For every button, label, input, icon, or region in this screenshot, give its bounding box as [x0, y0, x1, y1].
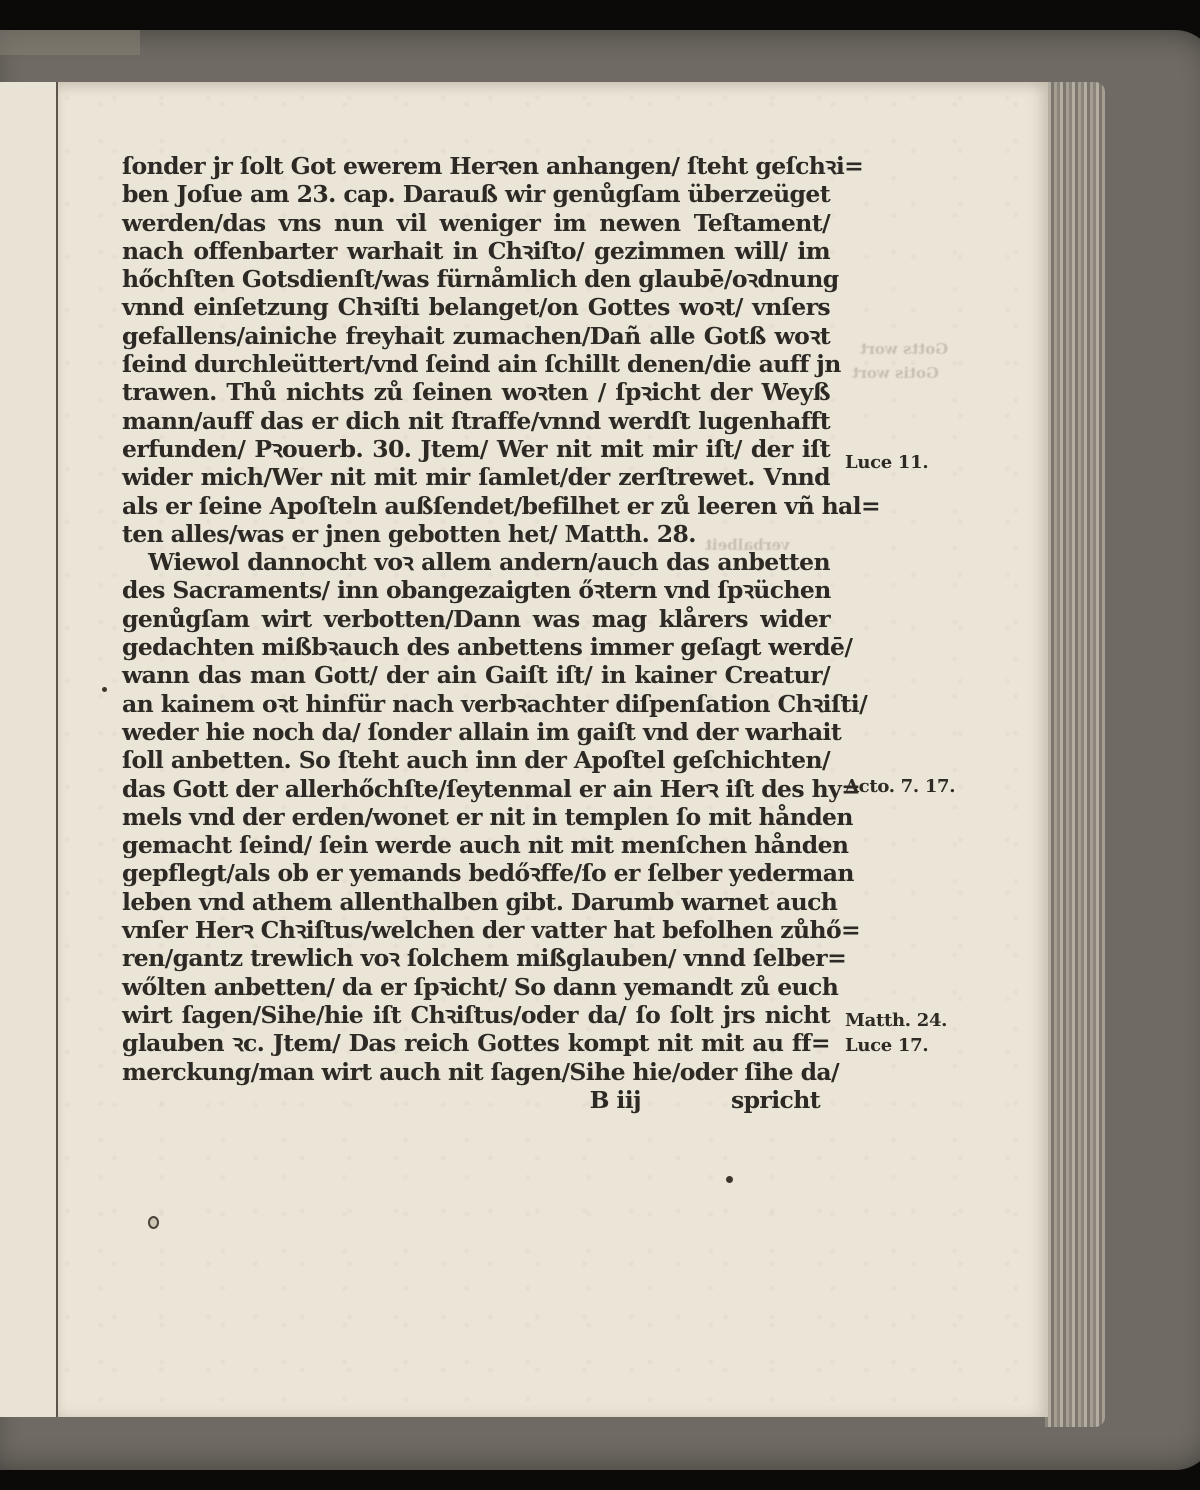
- text-line: wider mich/Wer nit mit mir ſamlet/der ze…: [122, 463, 830, 491]
- text-line: gepflegt/als ob er yemands bedőꝛffe/ſo e…: [122, 859, 830, 887]
- text-line: hőchſten Gotsdienſt/was fürnåmlich den g…: [122, 265, 830, 293]
- page-fore-edge: [1045, 82, 1105, 1427]
- text-line: erfunden/ Pꝛouerb. 30. Jtem/ Wer nit mit…: [122, 435, 830, 463]
- text-line: nach offenbarter warhait in Chꝛiſto/ gez…: [122, 237, 830, 265]
- ink-spot: [726, 1176, 733, 1183]
- marginal-note-acto: Acto. 7. 17.: [845, 776, 955, 797]
- page-footer: B iij spricht: [122, 1086, 830, 1114]
- paper-blemish: [148, 1216, 159, 1229]
- text-line: wőlten anbetten/ da er ſpꝛicht/ So dann …: [122, 973, 830, 1001]
- catchword: spricht: [731, 1086, 820, 1114]
- text-line: ſoll anbetten. So ſteht auch inn der Apo…: [122, 746, 830, 774]
- text-line: ren/gantz trewlich voꝛ ſolchem mißglaube…: [122, 944, 830, 972]
- facing-page-edge: [0, 82, 58, 1417]
- marginal-note-luce-17: Luce 17.: [845, 1035, 928, 1056]
- text-line: glauben ꝛc. Jtem/ Das reich Gottes kompt…: [122, 1029, 830, 1057]
- text-line: ſeind durchleüttert/vnd ſeind ain ſchill…: [122, 350, 830, 378]
- text-line: genůgſam wirt verbotten/Dann was mag klå…: [122, 605, 830, 633]
- body-text: ſonder jr ſolt Got ewerem Herꝛen anhange…: [122, 152, 830, 1114]
- cover-wear: [0, 30, 140, 55]
- marginal-note-matth-24: Matth. 24.: [845, 1010, 947, 1031]
- text-line: wirt ſagen/Sihe/hie iſt Chꝛiſtus/oder da…: [122, 1001, 830, 1029]
- text-line: mels vnd der erden/wonet er nit in templ…: [122, 803, 830, 831]
- bleed-through-text: Gotts wort: [860, 340, 948, 358]
- text-line: gedachten mißbꝛauch des anbettens immer …: [122, 633, 830, 661]
- text-line: gefallens/ainiche freyhait zumachen/Dañ …: [122, 322, 830, 350]
- text-line: leben vnd athem allenthalben gibt. Darum…: [122, 888, 830, 916]
- bleed-through-text: Gotis wort: [852, 364, 939, 382]
- text-line: vnſer Herꝛ Chꝛiſtus/welchen der vatter h…: [122, 916, 830, 944]
- marginal-note-luce-11: Luce 11.: [845, 452, 928, 473]
- text-line: weder hie noch da/ ſonder allain im gaiſ…: [122, 718, 830, 746]
- ink-spot: [102, 687, 107, 692]
- text-line: ten alles/was er jnen gebotten het/ Matt…: [122, 520, 830, 548]
- text-line: an kainem oꝛt hinfür nach verbꝛachter di…: [122, 690, 830, 718]
- text-line: merckung/man wirt auch nit ſagen/Sihe hi…: [122, 1058, 830, 1086]
- text-line: ſonder jr ſolt Got ewerem Herꝛen anhange…: [122, 152, 830, 180]
- text-line: das Gott der allerhőchſte/ſeytenmal er a…: [122, 775, 830, 803]
- text-line: wann das man Gott/ der ain Gaiſt iſt/ in…: [122, 661, 830, 689]
- text-line: als er ſeine Apoſteln außſendet/befilhet…: [122, 492, 830, 520]
- signature-mark: B iij: [590, 1086, 641, 1114]
- paragraph-start-line: Wiewol dannocht voꝛ allem andern/auch da…: [122, 548, 830, 576]
- text-line: trawen. Thů nichts zů ſeinen woꝛten / ſp…: [122, 378, 830, 406]
- text-line: werden/das vns nun vil weniger im newen …: [122, 209, 830, 237]
- text-line: gemacht ſeind/ ſein werde auch nit mit m…: [122, 831, 830, 859]
- text-line: des Sacraments/ inn obangezaigten őꝛtern…: [122, 576, 830, 604]
- text-line: ben Joſue am 23. cap. Darauß wir genůgſa…: [122, 180, 830, 208]
- text-line: mann/auff das er dich nit ſtraffe/vnnd w…: [122, 407, 830, 435]
- text-line: vnnd einſetzung Chꝛiſti belanget/on Gott…: [122, 293, 830, 321]
